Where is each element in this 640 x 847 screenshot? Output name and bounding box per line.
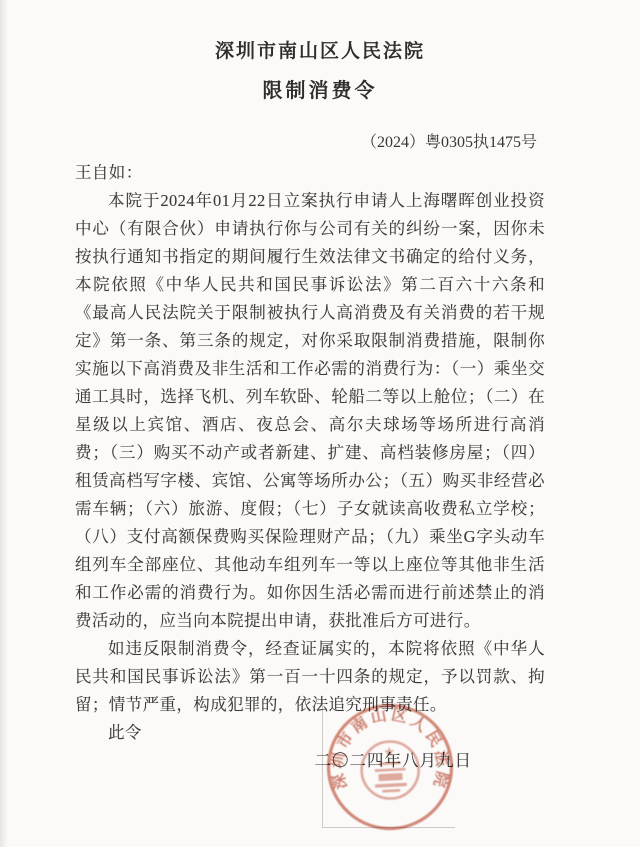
court-name: 深圳市南山区人民法院 xyxy=(0,0,640,64)
body-paragraph-2: 如违反限制消费令，经查证属实的，本院将依照《中华人民共和国民事诉讼法》第一百一十… xyxy=(75,635,545,719)
document-page: 深圳市南山区人民法院 限制消费令 （2024）粤0305执1475号 王自如： … xyxy=(0,0,640,847)
issue-date: 二〇二四年八月九日 xyxy=(75,747,545,775)
closing-phrase: 此令 xyxy=(75,719,545,747)
document-title: 限制消费令 xyxy=(0,79,640,103)
scan-edge-shadow xyxy=(0,0,8,847)
document-body: 王自如： 本院于2024年01月22日立案执行申请人上海曙晖创业投资中心（有限合… xyxy=(75,159,545,775)
body-paragraph-1: 本院于2024年01月22日立案执行申请人上海曙晖创业投资中心（有限合伙）申请执… xyxy=(75,187,545,635)
case-number: （2024）粤0305执1475号 xyxy=(0,132,640,154)
addressee: 王自如： xyxy=(75,159,545,187)
